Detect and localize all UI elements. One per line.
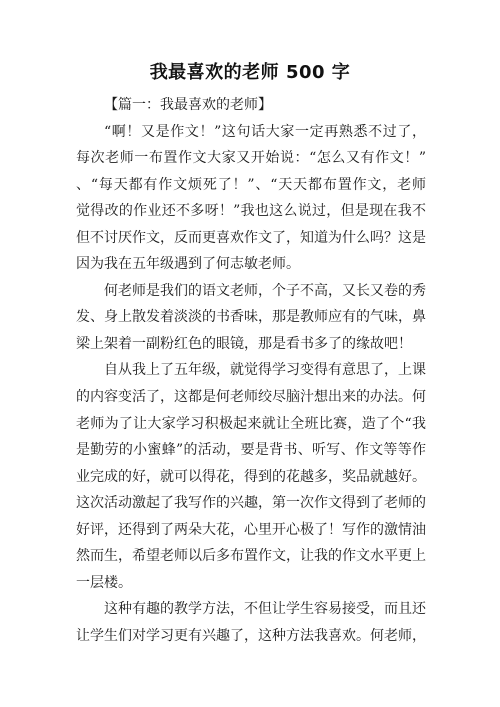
document-body: 【篇一：我最喜欢的老师】 “啊！又是作文！”这句话大家一定再熟悉不过了， 每次老… <box>76 94 426 651</box>
paragraph-3: 自从我上了五年级，就觉得学习变得有意思了，上课 的内容变活了，这都是何老师绞尽脑… <box>76 359 426 598</box>
paragraph-line: 何老师是我们的语文老师，个子不高，又长又卷的秀 <box>76 280 426 307</box>
paragraph-line: 好评，还得到了两朵大花，心里开心极了！写作的激情油 <box>76 519 426 546</box>
paragraph-line: 这种有趣的教学方法，不但让学生容易接受，而且还 <box>76 598 426 625</box>
section-heading: 【篇一：我最喜欢的老师】 <box>76 94 426 121</box>
paragraph-line: 但不讨厌作文，反而更喜欢作文了，知道为什么吗？这是 <box>76 227 426 254</box>
paragraph-line: 、“每天都有作文烦死了！”、“天天都布置作文，老师 <box>76 174 426 201</box>
paragraph-line: 每次老师一布置作文大家又开始说：“怎么又有作文！” <box>76 147 426 174</box>
paragraph-1: “啊！又是作文！”这句话大家一定再熟悉不过了， 每次老师一布置作文大家又开始说：… <box>76 121 426 280</box>
document-page: 我最喜欢的老师 500 字 【篇一：我最喜欢的老师】 “啊！又是作文！”这句话大… <box>0 0 500 707</box>
paragraph-line: 的内容变活了，这都是何老师绞尽脑汁想出来的办法。何 <box>76 386 426 413</box>
paragraph-line: 这次活动激起了我写作的兴趣，第一次作文得到了老师的 <box>76 492 426 519</box>
paragraph-line: 自从我上了五年级，就觉得学习变得有意思了，上课 <box>76 359 426 386</box>
paragraph-line: 让学生们对学习更有兴趣了，这种方法我喜欢。何老师， <box>76 625 426 652</box>
paragraph-4: 这种有趣的教学方法，不但让学生容易接受，而且还 让学生们对学习更有兴趣了，这种方… <box>76 598 426 651</box>
paragraph-line: “啊！又是作文！”这句话大家一定再熟悉不过了， <box>76 121 426 148</box>
paragraph-line: 是勤劳的小蜜蜂”的活动，要是背书、听写、作文等等作 <box>76 439 426 466</box>
paragraph-line: 然而生，希望老师以后多布置作文，让我的作文水平更上 <box>76 545 426 572</box>
paragraph-line: 梁上架着一副粉红色的眼镜，那是看书多了的缘故吧！ <box>76 333 426 360</box>
paragraph-line: 发、身上散发着淡淡的书香味，那是教师应有的气味，鼻 <box>76 306 426 333</box>
paragraph-line: 一层楼。 <box>76 572 426 599</box>
paragraph-2: 何老师是我们的语文老师，个子不高，又长又卷的秀 发、身上散发着淡淡的书香味，那是… <box>76 280 426 360</box>
paragraph-line: 觉得改的作业还不多呀！”我也这么说过，但是现在我不 <box>76 200 426 227</box>
paragraph-line: 因为我在五年级遇到了何志敏老师。 <box>76 253 426 280</box>
paragraph-line: 老师为了让大家学习积极起来就让全班比赛，造了个“我 <box>76 413 426 440</box>
document-title: 我最喜欢的老师 500 字 <box>0 62 500 84</box>
paragraph-line: 业完成的好，就可以得花，得到的花越多，奖品就越好。 <box>76 466 426 493</box>
